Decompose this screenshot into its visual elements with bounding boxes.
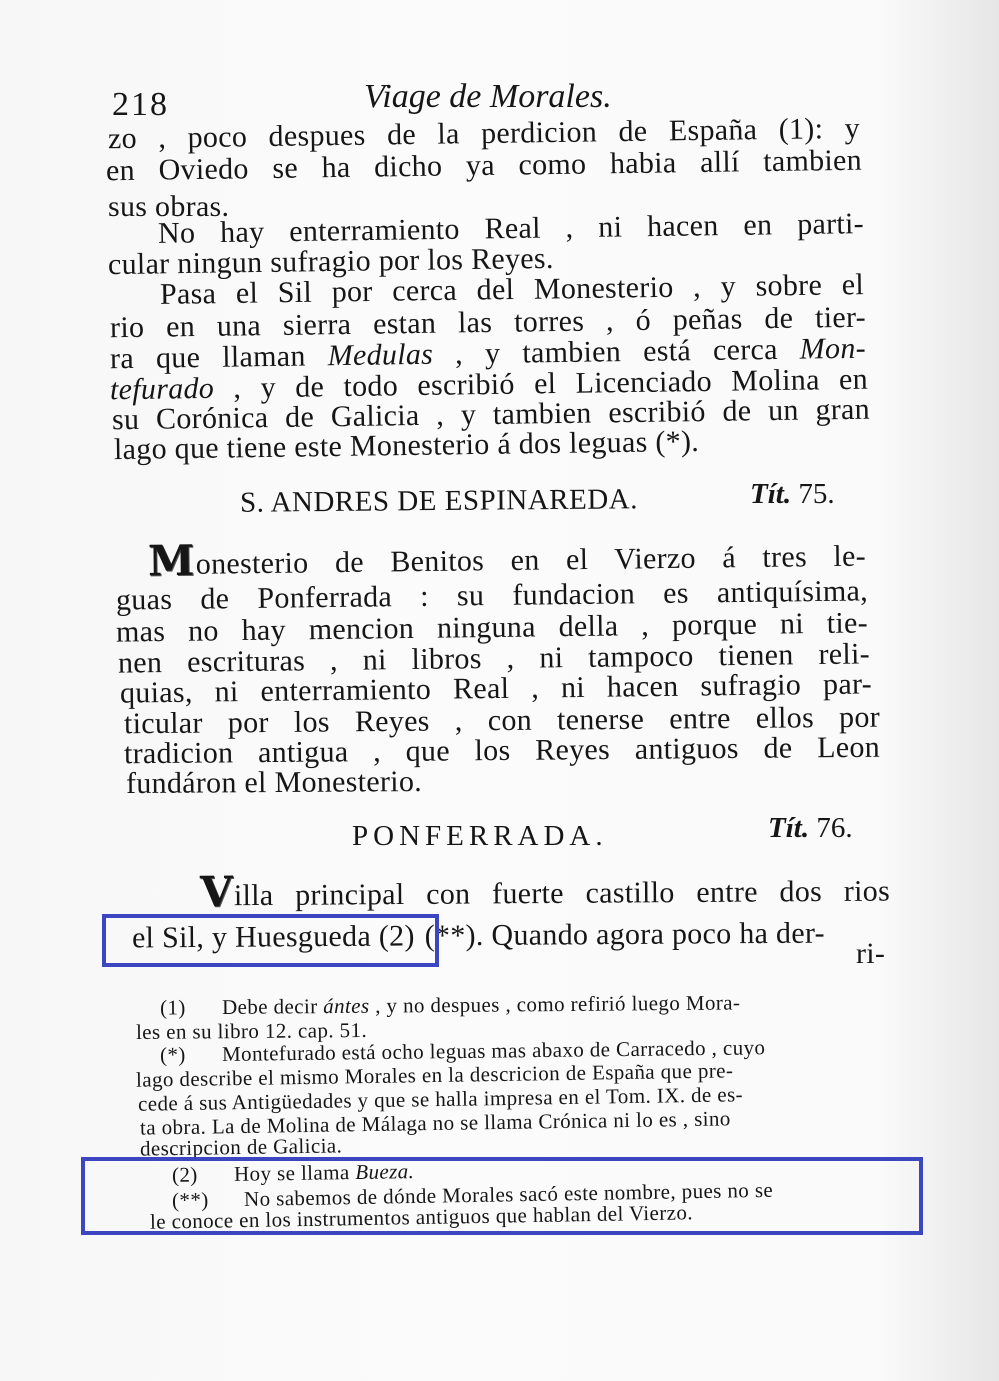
body-line: tradicion antigua , que los Reyes antigu… [124,732,880,771]
body-line: ri- [856,938,885,970]
page-number: 218 [112,86,169,124]
drop-cap: M [148,545,195,578]
body-line: lago que tiene este Monesterio á dos leg… [114,426,699,466]
body-line: fundáron el Monesterio. [126,766,422,800]
running-title: Viage de Morales. [364,78,612,116]
drop-cap: V [200,876,233,908]
section-heading: S. ANDRES DE ESPINAREDA. [240,483,638,519]
text: onesterio de Benitos en el Vierzo á tres… [196,540,867,581]
body-line: Villa principal con fuerte castillo entr… [200,876,890,913]
footnote-marker: (1) [160,996,222,1019]
title-number: Tít. 75. [750,478,835,511]
book-page: 218 Viage de Morales. zo , poco despues … [0,0,999,1381]
italic-text: ántes [323,994,370,1018]
bleed-through-text [0,640,130,900]
footnote-marker: (*) [160,1043,222,1066]
footnote-line: (1)Debe decir ántes , y no despues , com… [160,991,740,1018]
italic-text: Mon- [800,332,867,366]
text: (**). Quando agora poco ha der- [425,917,825,953]
footnote-line: descripcion de Galicia. [140,1134,343,1159]
title-number: Tít. 76. [768,812,853,845]
text: illa principal con fuerte castillo entre… [234,875,890,913]
section-heading: PONFERRADA. [352,820,608,853]
highlight-box-footnotes [81,1157,923,1235]
footnote-line: les en su libro 12. cap. 51. [136,1019,367,1043]
highlight-box-huesgueda [102,914,439,967]
italic-text: Medulas [327,338,433,372]
